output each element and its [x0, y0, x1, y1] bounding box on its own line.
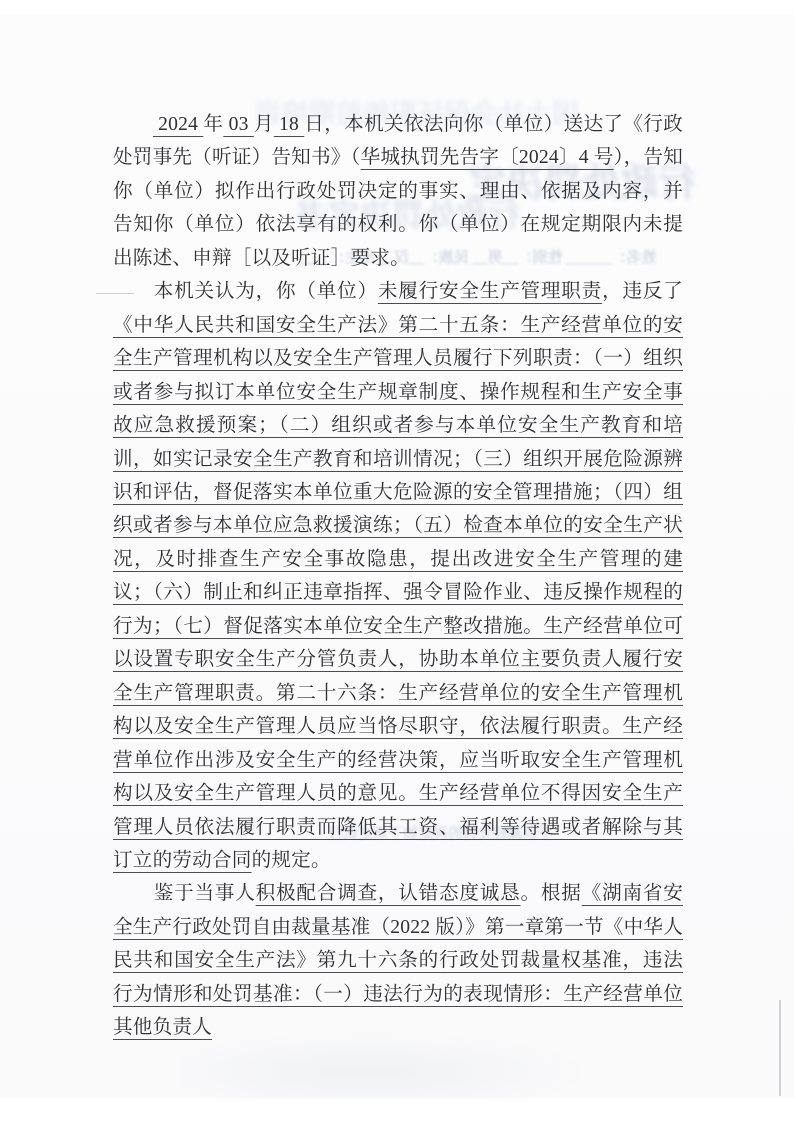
- underlined-text: 2024: [153, 114, 203, 135]
- paragraph-prior-notice: 2024 年 03 月 18 日，本机关依法向你（单位）送达了《行政处罚事先（听…: [113, 108, 683, 275]
- underlined-text: 《中华人民共和国安全生产法》第二十五条：生产经营单位的安全生产管理机构以及安全生…: [113, 315, 683, 871]
- underlined-text: 华城执罚先告字〔2024〕4 号: [361, 147, 614, 168]
- text-segment: 。根据: [521, 883, 582, 904]
- underlined-text: 积极配合调查，认错态度诚恳: [256, 883, 521, 904]
- text-segment: 月: [254, 114, 274, 135]
- document-body: 2024 年 03 月 18 日，本机关依法向你（单位）送达了《行政处罚事先（听…: [113, 108, 683, 1045]
- text-segment: 的规定。: [252, 850, 331, 871]
- underlined-text: 未履行安全生产管理职责: [378, 281, 602, 302]
- paragraph-violation-finding: 本机关认为，你（单位）未履行安全生产管理职责，违反了《中华人民共和国安全生产法》…: [113, 275, 683, 877]
- text-segment: 鉴于当事人: [113, 883, 256, 904]
- paragraph-discretion-basis: 鉴于当事人积极配合调查，认错态度诚恳。根据《湖南省安全生产行政处罚自由裁量基准（…: [113, 877, 683, 1044]
- text-segment: 年: [203, 114, 223, 135]
- text-segment: ，违反了: [602, 281, 683, 302]
- underlined-text: 03: [223, 114, 254, 135]
- text-segment: [113, 114, 153, 135]
- text-segment: 本机关认为，你（单位）: [113, 281, 378, 302]
- underlined-text: 18: [274, 114, 305, 135]
- scan-edge-line: [779, 1000, 781, 1096]
- scanned-page: { "document": { "kind": "administrative-…: [0, 0, 794, 1122]
- underlined-text: 《湖南省安全生产行政处罚自由裁量基准（2022 版）》第一章第一节《中华人民共和…: [113, 883, 683, 1038]
